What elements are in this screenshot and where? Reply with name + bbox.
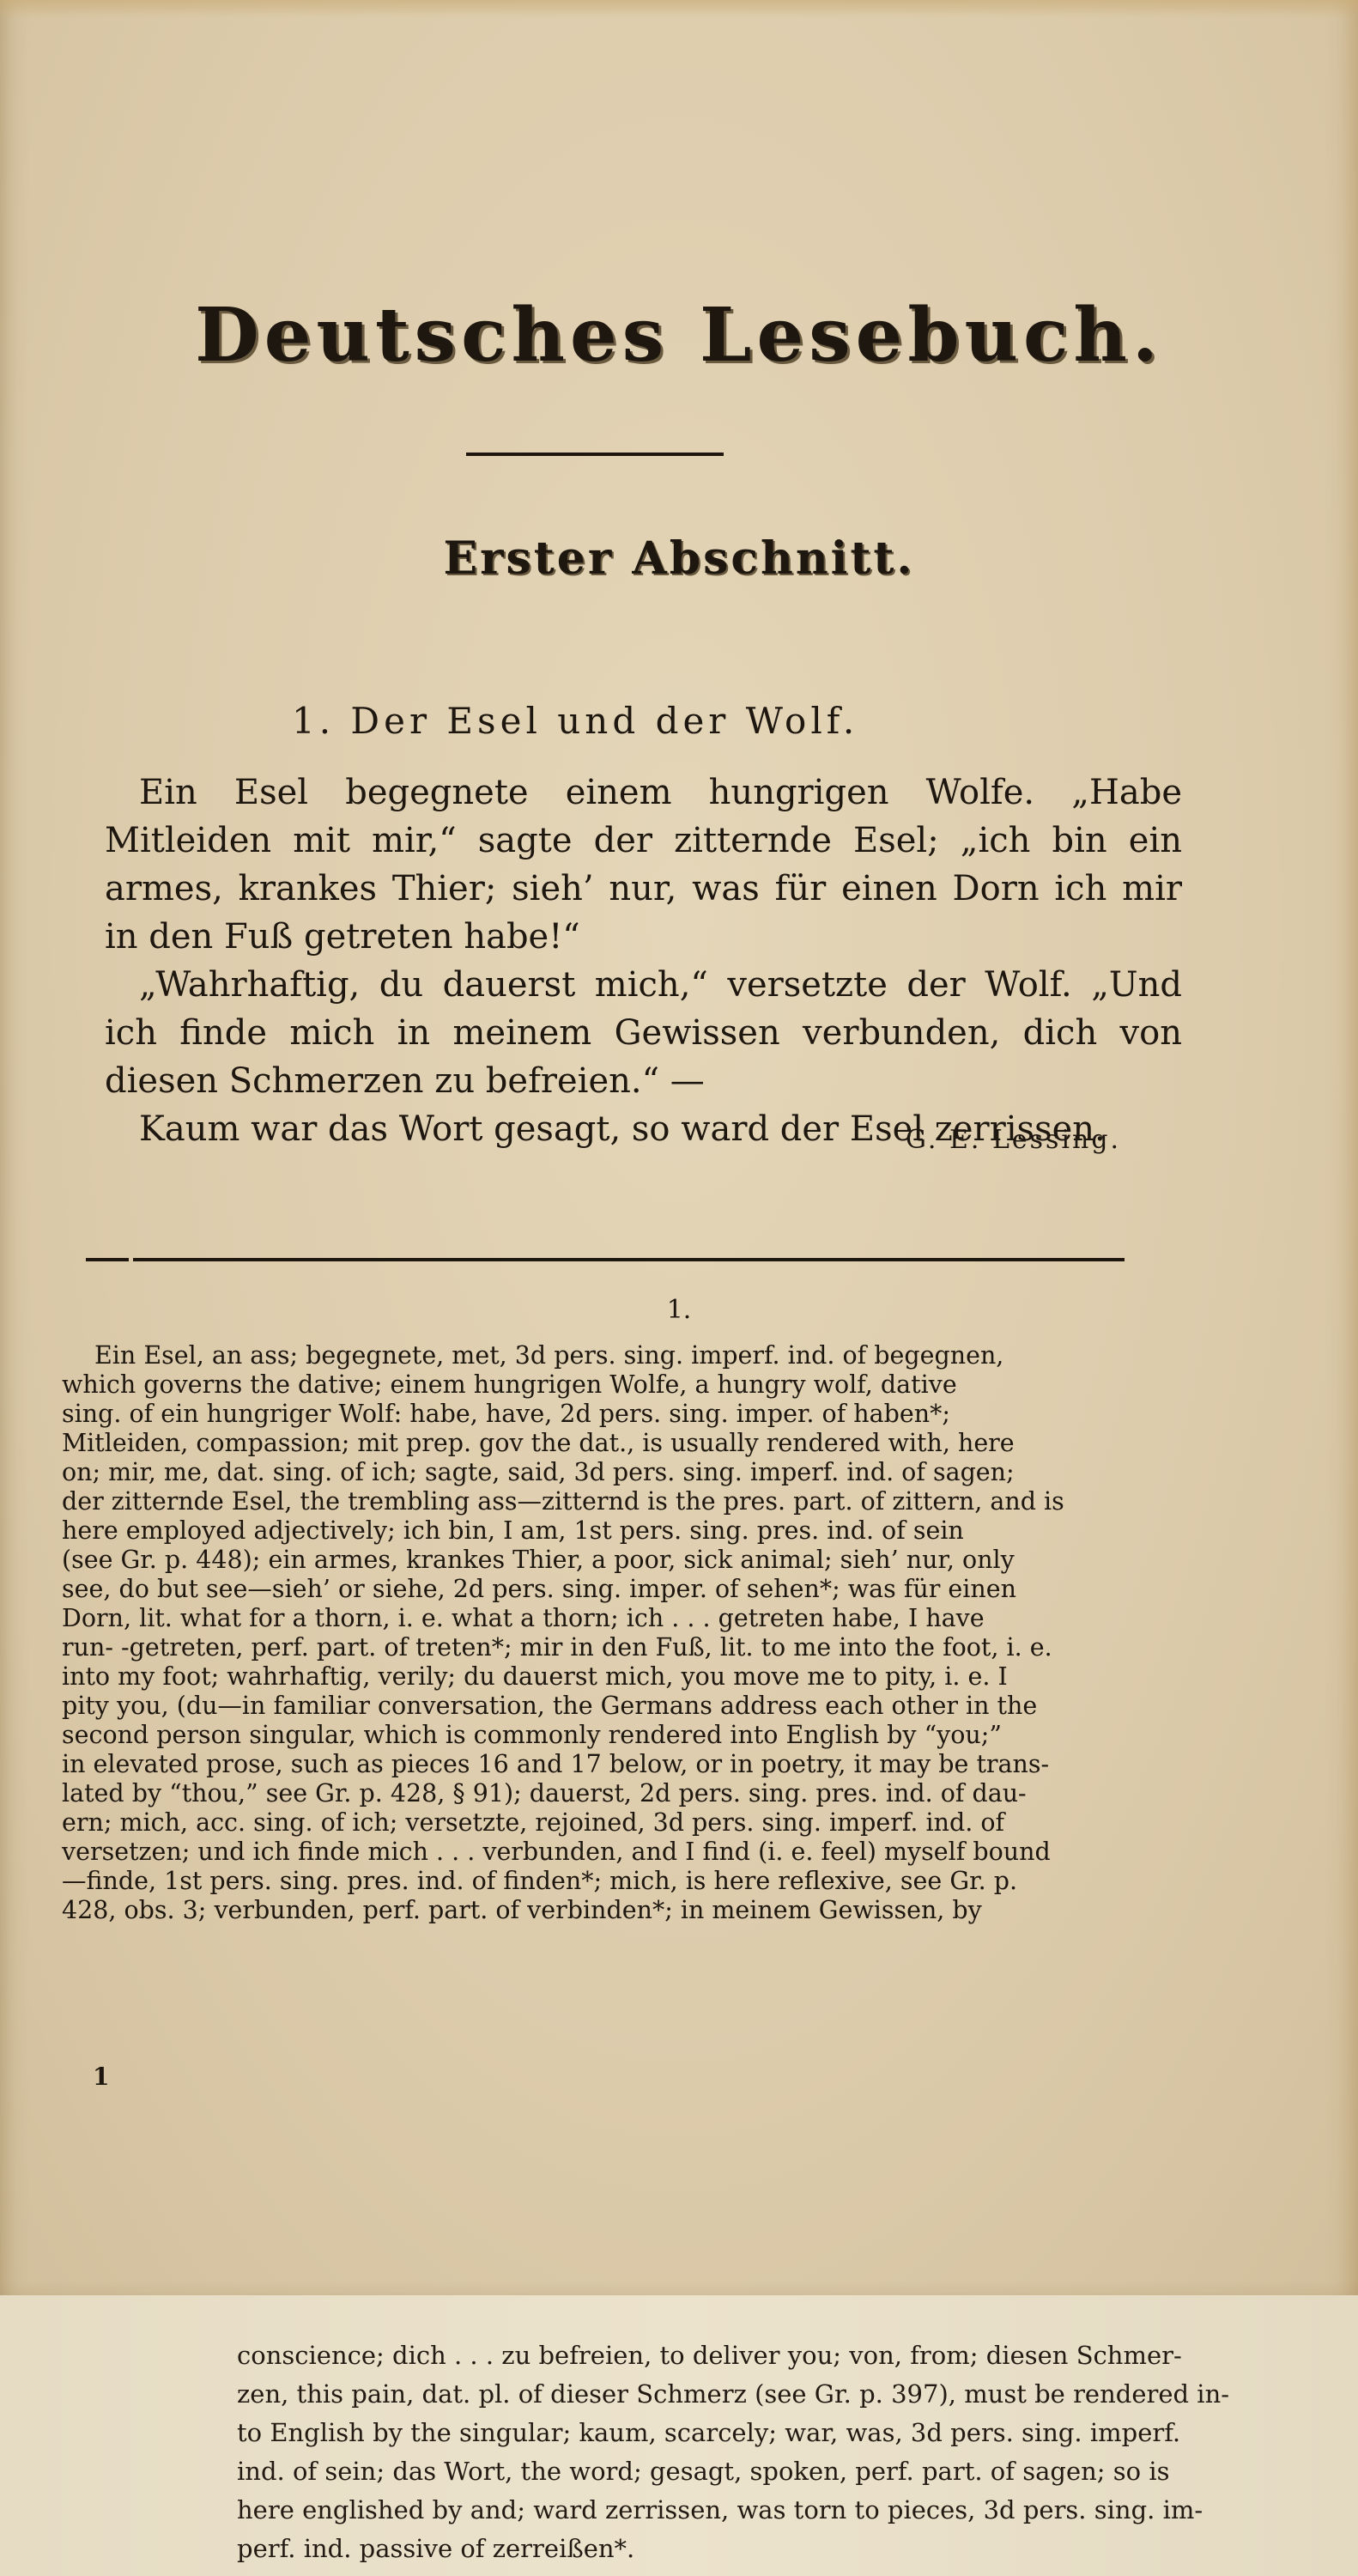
note-line: here englished by and; ward zerrissen, w… xyxy=(237,2491,1336,2530)
note-line: der zitternde Esel, the trembling ass—zi… xyxy=(62,1487,1126,1516)
note-line: second person singular, which is commonl… xyxy=(62,1721,1126,1750)
title-divider xyxy=(466,453,724,456)
note-line: perf. ind. passive of zerreißen*. xyxy=(237,2530,1336,2568)
note-number: 1. xyxy=(0,1295,1358,1325)
book-title: Deutsches Lesebuch. xyxy=(0,292,1358,379)
continuation-notes: conscience; dich . . . zu befreien, to d… xyxy=(237,2336,1336,2568)
note-line: versetzen; und ich finde mich . . . verb… xyxy=(62,1838,1126,1867)
note-line: lated by “thou,” see Gr. p. 428, § 91); … xyxy=(62,1779,1126,1808)
note-line: into my foot; wahrhaftig, verily; du dau… xyxy=(62,1662,1126,1692)
note-line: Dorn, lit. what for a thorn, i. e. what … xyxy=(62,1604,1126,1633)
note-line: (see Gr. p. 448); ein armes, krankes Thi… xyxy=(62,1546,1126,1575)
note-line: 428, obs. 3; verbunden, perf. part. of v… xyxy=(62,1896,1126,1925)
note-line: see, do but see—sieh’ or siehe, 2d pers.… xyxy=(62,1575,1126,1604)
footnotes: Ein Esel, an ass; begegnete, met, 3d per… xyxy=(62,1341,1126,1925)
note-line: pity you, (du—in familiar conversation, … xyxy=(62,1692,1126,1721)
note-line: on; mir, me, dat. sing. of ich; sagte, s… xyxy=(62,1458,1126,1487)
note-line: —finde, 1st pers. sing. pres. ind. of fi… xyxy=(62,1867,1126,1896)
notes-divider xyxy=(86,1258,1125,1261)
story-title: 1. Der Esel und der Wolf. xyxy=(292,700,858,742)
note-line: Ein Esel, an ass; begegnete, met, 3d per… xyxy=(62,1341,1126,1370)
note-line: Mitleiden, compassion; mit prep. gov the… xyxy=(62,1429,1126,1458)
note-line: sing. of ein hungriger Wolf: habe, have,… xyxy=(62,1400,1126,1429)
book-page: Deutsches Lesebuch. Erster Abschnitt. 1.… xyxy=(0,0,1358,2295)
note-line: zen, this pain, dat. pl. of dieser Schme… xyxy=(237,2375,1336,2414)
note-line: run- -getreten, perf. part. of treten*; … xyxy=(62,1633,1126,1662)
note-line: ern; mich, acc. sing. of ich; versetzte,… xyxy=(62,1808,1126,1838)
signature-mark: 1 xyxy=(93,2063,109,2091)
note-line: ind. of sein; das Wort, the word; gesagt… xyxy=(237,2452,1336,2491)
story-paragraph: Ein Esel begegnete einem hungrigen Wolfe… xyxy=(105,769,1182,961)
story-text: Ein Esel begegnete einem hungrigen Wolfe… xyxy=(105,769,1182,1153)
note-line: here employed adjectively; ich bin, I am… xyxy=(62,1516,1126,1546)
note-line: to English by the singular; kaum, scarce… xyxy=(237,2414,1336,2452)
note-line: conscience; dich . . . zu befreien, to d… xyxy=(237,2336,1336,2375)
note-line: which governs the dative; einem hungrige… xyxy=(62,1370,1126,1400)
note-line: in elevated prose, such as pieces 16 and… xyxy=(62,1750,1126,1779)
section-heading: Erster Abschnitt. xyxy=(0,532,1358,585)
story-paragraph: „Wahrhaftig, du dauerst mich,“ versetzte… xyxy=(105,961,1182,1105)
author-attribution: G. E. Lessing. xyxy=(906,1125,1121,1155)
